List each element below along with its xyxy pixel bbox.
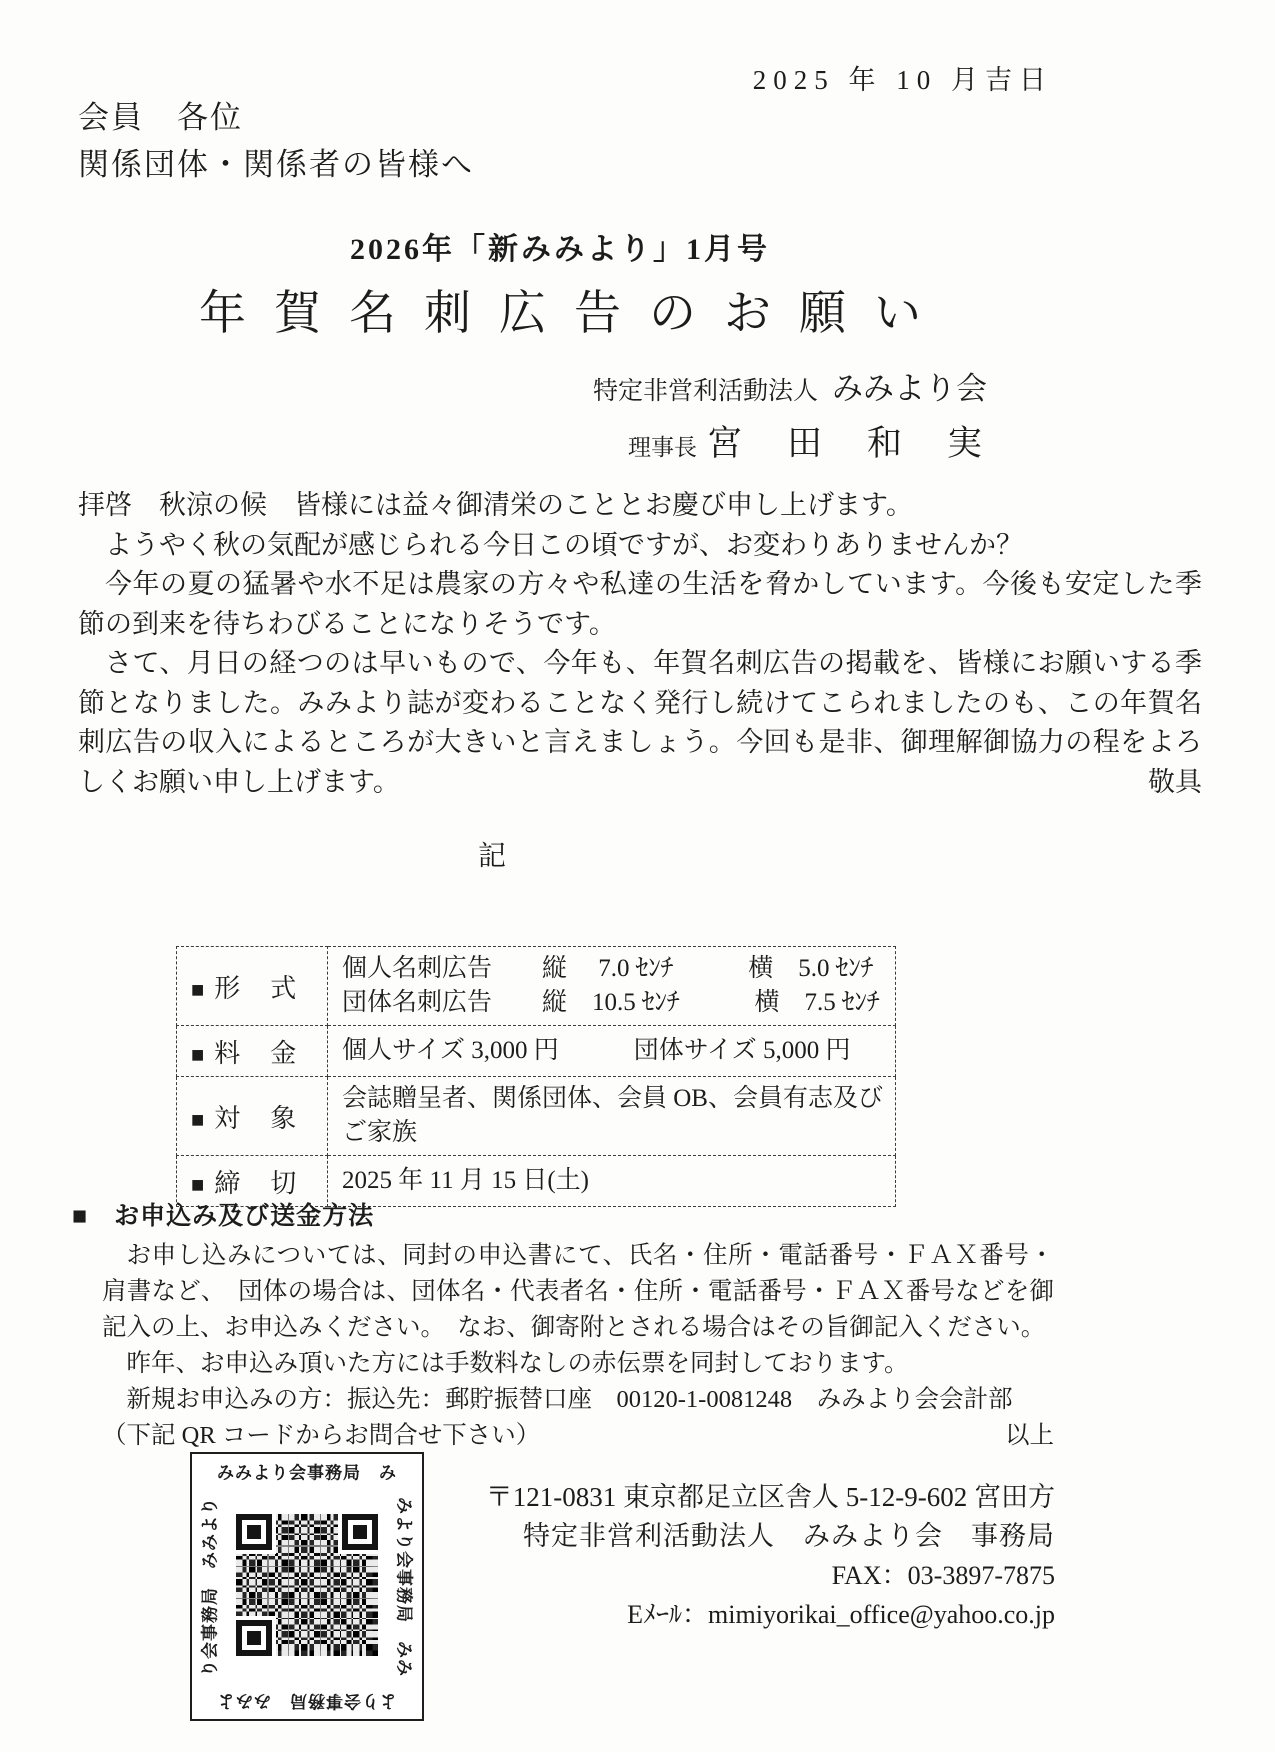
ad-spec-table: ■形 式 個人名刺広告 縦 7.0 ｾﾝﾁ 横 5.0 ｾﾝﾁ 団体名刺広告 縦… [176,946,896,1207]
sender-name-line: 理事長宮 田 和 実 [593,416,987,466]
sender-block: 特定非営利活動法人みみより会 理事長宮 田 和 実 [593,363,987,466]
body-paragraph-greeting: 拝啓 秋涼の候 皆様には益々御清栄のこととお慶び申し上げます。 [78,486,1202,526]
row-label-price: ■料 金 [177,1026,328,1077]
application-section-heading: ■ お申込み及び送金方法 [72,1196,374,1232]
sender-name: 宮 田 和 実 [707,424,987,463]
row-label-text: 形 式 [214,974,298,1003]
scanned-letter-page: 2025 年 10 月吉日 会員 各位 関係団体・関係者の皆様へ 2026年「新… [0,0,1275,1752]
title-block: 2026年「新みみより」1月号 年賀名刺広告のお願い [0,224,1120,343]
row-value-format: 個人名刺広告 縦 7.0 ｾﾝﾁ 横 5.0 ｾﾝﾁ 団体名刺広告 縦 10.5… [328,947,896,1026]
addressee-block: 会員 各位 関係団体・関係者の皆様へ [78,94,474,188]
application-qr-note-line: （下記 QR コードからお問合せ下さい） 以上 [102,1418,1054,1454]
row-label-text: 対 象 [214,1104,298,1133]
record-mark: 記 [0,834,990,874]
row-label-format: ■形 式 [177,947,328,1026]
body-paragraph-season: ようやく秋の気配が感じられる今日この頃ですが、お変わりありませんか？ [78,526,1202,566]
sender-role: 理事長 [628,435,697,460]
page-title: 年賀名刺広告のお願い [0,276,1120,343]
qr-caption-left: り会事務局 みみより [196,1462,221,1712]
row-value-target: 会誌贈呈者、関係団体、会員 OB、会員有志及びご家族 [328,1077,896,1156]
square-bullet-icon: ■ [191,977,206,1002]
body-paragraph-weather: 今年の夏の猛暑や水不足は農家の方々や私達の生活を脅かしています。今後も安定した季… [78,565,1202,644]
qr-finder-icon [236,1620,272,1656]
row-label-text: 料 金 [214,1039,298,1068]
qr-finder-icon [342,1514,378,1550]
addressee-related: 関係団体・関係者の皆様へ [78,141,474,188]
qr-code [236,1514,378,1656]
email-line: Eﾒｰﾙ：mimiyorikai_office@yahoo.co.jp [415,1595,1055,1634]
closing-keigu: 敬具 [1121,763,1202,803]
row-label-target: ■対 象 [177,1077,328,1156]
row-value-price: 個人サイズ 3,000 円 団体サイズ 5,000 円 [328,1026,896,1077]
body-paragraph-request: さて、月日の経つのは早いもので、今年も、年賀名刺広告の掲載を、皆様にお願いする季… [78,644,1202,802]
issue-title: 2026年「新みみより」1月号 [0,224,1120,268]
square-bullet-icon: ■ [191,1107,206,1132]
application-last-year-note: 昨年、お申込み頂いた方には手数料なしの赤伝票を同封しております。 [102,1346,1054,1382]
table-row-target: ■対 象 会誌贈呈者、関係団体、会員 OB、会員有志及びご家族 [177,1077,896,1156]
body-request-text: さて、月日の経つのは早いもので、今年も、年賀名刺広告の掲載を、皆様にお願いする季… [78,648,1202,797]
fax-line: FAX：03-3897-7875 [415,1556,1055,1595]
application-transfer-account: 新規お申込みの方：振込先：郵貯振替口座 00120-1-0081248 みみより… [102,1382,1054,1418]
date-line: 2025 年 10 月吉日 [753,58,1053,97]
square-bullet-icon: ■ [191,1042,206,1067]
qr-code-box: みみより会事務局 み みより会事務局 みみ より会事務局 みみよ り会事務局 み… [190,1452,424,1721]
square-bullet-icon: ■ [191,1172,206,1197]
qr-finder-icon [236,1514,272,1550]
row-label-text: 締 切 [214,1169,298,1198]
addressee-members: 会員 各位 [78,94,474,141]
table-row-price: ■料 金 個人サイズ 3,000 円 団体サイズ 5,000 円 [177,1026,896,1077]
closing-ijou: 以上 [1005,1418,1054,1454]
postal-address-line: 〒121-0831 東京都足立区舎人 5-12-9-602 宮田方 [415,1478,1055,1517]
application-section-body: お申し込みについては、同封の申込書にて、氏名・住所・電話番号・ＦＡＸ番号・ 肩書… [102,1238,1054,1454]
footer-address-block: 〒121-0831 東京都足立区舎人 5-12-9-602 宮田方 特定非営利活… [415,1478,1055,1634]
format-personal: 個人名刺広告 縦 7.0 ｾﾝﾁ 横 5.0 ｾﾝﾁ [342,952,885,986]
org-name-line: 特定非営利活動法人 みみより会 事務局 [415,1517,1055,1556]
letter-body: 拝啓 秋涼の候 皆様には益々御清栄のこととお慶び申し上げます。 ようやく秋の気配… [78,486,1202,802]
sender-org-name: みみより会 [832,371,987,406]
sender-org-prefix: 特定非営利活動法人 [593,378,818,405]
sender-org-line: 特定非営利活動法人みみより会 [593,363,987,408]
application-qr-note: （下記 QR コードからお問合せ下さい） [102,1418,540,1454]
row-value-deadline: 2025 年 11 月 15 日(土) [328,1156,896,1207]
format-group: 団体名刺広告 縦 10.5 ｾﾝﾁ 横 7.5 ｾﾝﾁ [342,986,885,1020]
table-row-format: ■形 式 個人名刺広告 縦 7.0 ｾﾝﾁ 横 5.0 ｾﾝﾁ 団体名刺広告 縦… [177,947,896,1026]
application-instructions: お申し込みについては、同封の申込書にて、氏名・住所・電話番号・ＦＡＸ番号・ 肩書… [102,1238,1054,1346]
